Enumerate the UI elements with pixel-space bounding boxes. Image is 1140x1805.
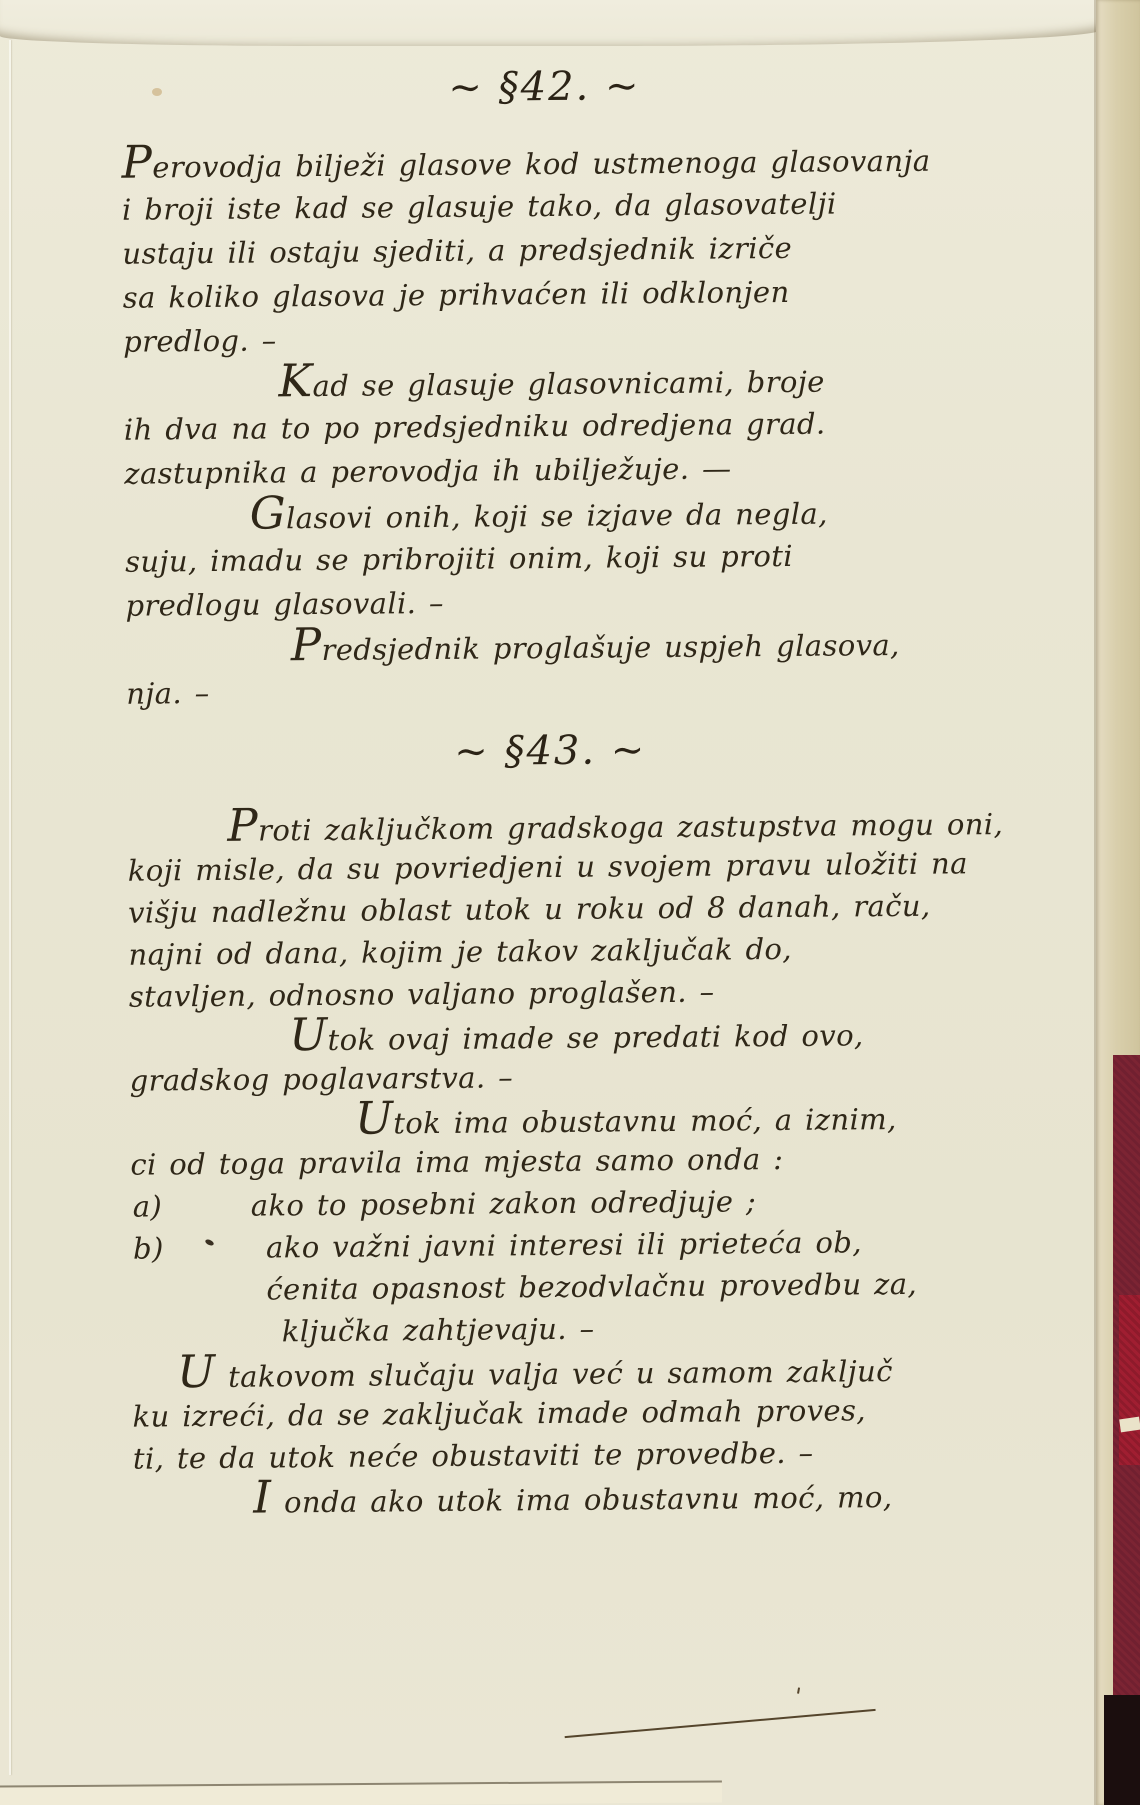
line-text: višju nadležnu oblast utok u roku od 8 d… <box>128 887 931 932</box>
manuscript-line: i broji iste kad se glasuje tako, da gla… <box>122 182 969 233</box>
manuscript-line: predlogu glasovali. – <box>125 578 972 629</box>
line-text: U takovom slučaju valja već u samom zakl… <box>177 1349 893 1396</box>
line-text: ustaju ili ostaju sjediti, a predsjednik… <box>122 228 792 274</box>
end-flourish-line <box>563 1687 876 1738</box>
manuscript-line: b)ako važni javni interesi ili prieteća … <box>131 1222 978 1271</box>
line-text: koji misle, da su povriedjeni u svojem p… <box>128 844 968 889</box>
line-text: ku izreći, da se zaključak imade odmah p… <box>132 1391 866 1435</box>
line-text: nja. – <box>126 673 210 714</box>
manuscript-line: Predsjednik proglašuje uspjeh glasova, <box>126 622 973 673</box>
line-text: Perovodja bilježi glasove kod ustmenoga … <box>121 139 930 188</box>
manuscript-line: Kad se glasuje glasovnicami, broje <box>123 358 970 409</box>
line-text: gradskog poglavarstva. – <box>129 1058 513 1099</box>
line-text: Utok ovaj imade se predati kod ovo, <box>289 1013 864 1059</box>
manuscript-line: ih dva na to po predsjedniku odredjena g… <box>124 402 971 453</box>
paper-top-crease <box>0 0 1100 46</box>
line-text: Predsjednik proglašuje uspjeh glasova, <box>291 623 900 670</box>
manuscript-line: Proti zaključkom gradskoga zastupstva mo… <box>127 802 974 851</box>
manuscript-line: predlog. – <box>123 314 970 365</box>
section-heading-42: ~ §42. ~ <box>121 54 968 119</box>
line-text: stavljen, odnosno valjano proglašen. – <box>129 973 715 1016</box>
book-cover-red-patch <box>1119 1295 1140 1465</box>
line-text: Utok ima obustavnu moć, a iznim, <box>355 1097 897 1143</box>
book-cover-paper-sliver <box>1119 1417 1140 1433</box>
line-text: ih dva na to po predsjedniku odredjena g… <box>124 404 826 450</box>
line-text: Glasovi onih, koji se izjave da negla, <box>250 492 828 539</box>
manuscript-line: nja. – <box>126 666 973 717</box>
manuscript-line: ci od toga pravila ima mjesta samo onda … <box>130 1138 977 1187</box>
list-item-label: a) <box>133 1187 163 1225</box>
line-text: i broji iste kad se glasuje tako, da gla… <box>122 183 837 229</box>
manuscript-line: višju nadležnu oblast utok u roku od 8 d… <box>128 886 975 935</box>
manuscript-page: ~ §42. ~ Perovodja bilježi glasove kod u… <box>0 0 1140 1805</box>
manuscript-line: Utok ovaj imade se predati kod ovo, <box>129 1012 976 1061</box>
section-43-lines: Proti zaključkom gradskoga zastupstva mo… <box>127 802 980 1523</box>
manuscript-line: Perovodja bilježi glasove kod ustmenoga … <box>121 138 968 189</box>
manuscript-line: Utok ima obustavnu moć, a iznim, <box>130 1096 977 1145</box>
book-cover-dark-corner <box>1104 1695 1140 1805</box>
line-text: suju, imadu se pribrojiti onim, koji su … <box>125 536 793 582</box>
line-text: ako to posebni zakon odredjuje ; <box>251 1182 757 1224</box>
section-heading-43: ~ §43. ~ <box>127 718 974 783</box>
manuscript-body: ~ §42. ~ Perovodja bilježi glasove kod u… <box>121 54 983 1729</box>
line-text: Proti zaključkom gradskoga zastupstva mo… <box>227 802 1003 850</box>
line-text: ako važni javni interesi ili prieteća ob… <box>266 1223 862 1266</box>
line-text: ključka zahtjevaju. – <box>282 1310 595 1351</box>
manuscript-line: suju, imadu se pribrojiti onim, koji su … <box>125 534 972 585</box>
manuscript-line: ćenita opasnost bezodvlačnu provedbu za, <box>131 1264 978 1313</box>
list-item-label: b) <box>133 1229 164 1267</box>
manuscript-line: U takovom slučaju valja već u samom zakl… <box>132 1348 979 1397</box>
line-text: predlogu glasovali. – <box>125 583 444 626</box>
paper-bottom-edge <box>0 1780 722 1805</box>
line-text: ćenita opasnost bezodvlačnu provedbu za, <box>266 1265 917 1309</box>
manuscript-line: I onda ako utok ima obustavnu moć, mo, <box>133 1474 980 1523</box>
manuscript-line: koji misle, da su povriedjeni u svojem p… <box>128 844 975 893</box>
section-42-lines: Perovodja bilježi glasove kod ustmenoga … <box>121 138 973 717</box>
line-text: Kad se glasuje glasovnicami, broje <box>278 360 825 407</box>
paper-left-fold <box>9 40 11 1775</box>
line-text: najni od dana, kojim je takov zaključak … <box>128 930 792 974</box>
manuscript-line: ključka zahtjevaju. – <box>132 1306 979 1355</box>
line-text: predlog. – <box>123 320 277 361</box>
manuscript-line: sa koliko glasova je prihvaćen ili odklo… <box>123 270 970 321</box>
line-text: ti, te da utok neće obustaviti te proved… <box>133 1434 814 1478</box>
manuscript-line: najni od dana, kojim je takov zaključak … <box>128 928 975 977</box>
manuscript-line: ku izreći, da se zaključak imade odmah p… <box>132 1390 979 1439</box>
line-text: zastupnika a perovodja ih ubilježuje. — <box>124 448 731 493</box>
manuscript-line: Glasovi onih, koji se izjave da negla, <box>125 490 972 541</box>
line-text: I onda ako utok ima obustavnu moć, mo, <box>253 1475 892 1522</box>
manuscript-line: gradskog poglavarstva. – <box>129 1054 976 1103</box>
manuscript-line: stavljen, odnosno valjano proglašen. – <box>129 970 976 1019</box>
line-text: ci od toga pravila ima mjesta samo onda … <box>130 1140 783 1184</box>
line-text: sa koliko glasova je prihvaćen ili odklo… <box>123 272 790 318</box>
manuscript-line: ustaju ili ostaju sjediti, a predsjednik… <box>122 226 969 277</box>
manuscript-line: a)ako to posebni zakon odredjuje ; <box>131 1180 978 1229</box>
